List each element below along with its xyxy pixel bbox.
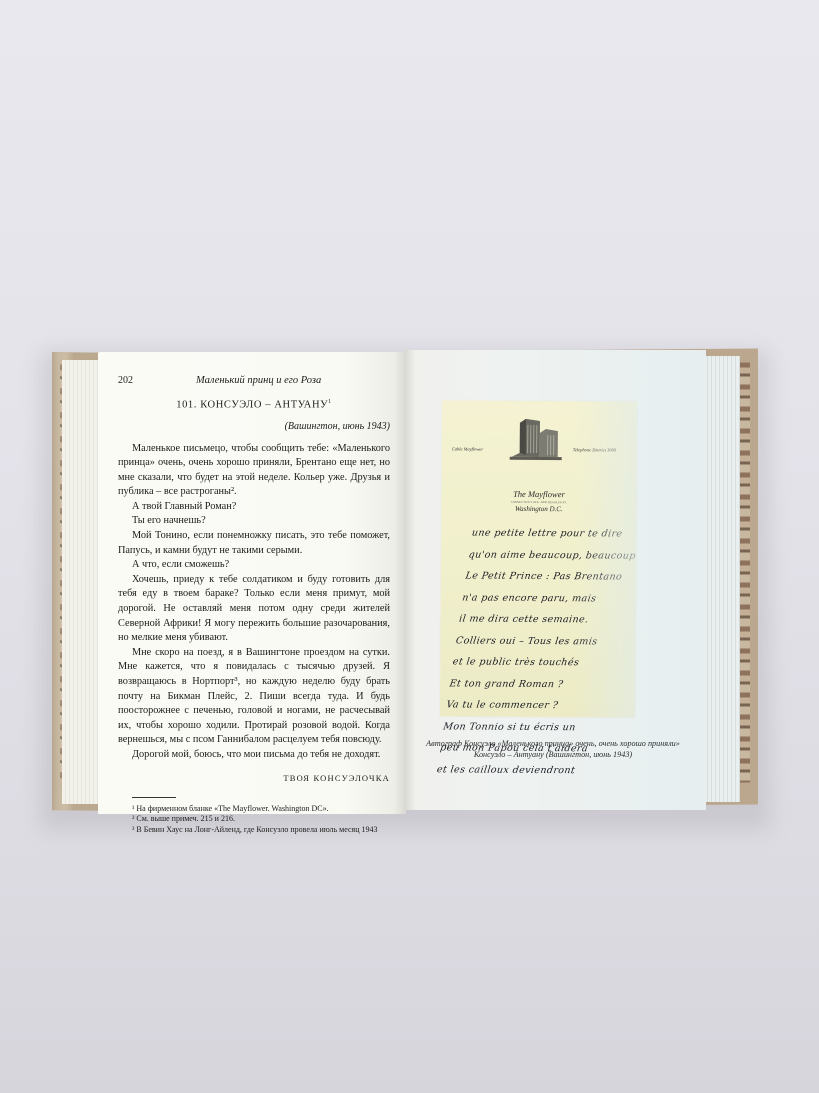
paragraph: Мой Тонино, если понемножку писать, это … <box>118 529 390 558</box>
paragraph: Маленькое письмецо, чтобы сообщить тебе:… <box>118 442 390 500</box>
handwritten-line: Le Petit Prince : Pas Brentano <box>464 566 637 589</box>
left-page-content: 202 Маленький принц и его Роза 101. КОНС… <box>118 375 390 835</box>
page-number: 202 <box>118 375 148 386</box>
footnote: ³ В Бевин Хаус на Лонг-Айленд, где Консу… <box>132 825 390 836</box>
handwritten-line: une petite lettre pour te dire <box>470 523 643 546</box>
paragraph: Хочешь, приеду к тебе солдатиком и буду … <box>118 573 390 646</box>
letter-body: Маленькое письмецо, чтобы сообщить тебе:… <box>118 442 390 763</box>
place-date: (Вашингтон, июнь 1943) <box>118 421 390 432</box>
letterhead-telephone: Telephone District 3000 <box>573 447 616 452</box>
page-header: 202 Маленький принц и его Роза <box>118 375 390 386</box>
footnote: ² См. выше примеч. 215 и 216. <box>132 814 390 825</box>
letterhead-city: Washington D.C. <box>441 504 636 513</box>
handwritten-line: n'a pas encore paru, mais <box>461 587 634 610</box>
page-edges-right <box>700 356 740 802</box>
signature: ТВОЯ КОНСУЭЛОЧКА <box>118 773 390 783</box>
letter-title: 101. КОНСУЭЛО – АНТУАНУ1 <box>118 399 390 411</box>
handwritten-line: Colliers oui – Tous les amis <box>454 630 627 653</box>
letterhead-cable: Cable Mayflower <box>452 446 483 451</box>
footnote-divider <box>132 797 176 798</box>
letter-title-text: 101. КОНСУЭЛО – АНТУАНУ <box>176 400 328 411</box>
handwritten-line: et le public très touchés <box>451 651 624 674</box>
handwritten-line: il me dira cette semaine. <box>458 608 631 631</box>
paragraph: А что, если сможешь? <box>118 558 390 573</box>
paragraph: Мне скоро на поезд, я в Вашингтоне проез… <box>118 646 390 748</box>
handwritten-line: et les cailloux deviendront <box>435 759 608 782</box>
handwritten-line: Mon Tonnio si tu écris un <box>442 716 615 739</box>
handwritten-letter-facsimile: Cable Mayflower Telephone District 3000 … <box>440 400 637 717</box>
footnote-marker: 1 <box>328 399 332 405</box>
paragraph: Ты его начнешь? <box>118 514 390 529</box>
running-title: Маленький принц и его Роза <box>196 375 321 386</box>
handwritten-line: Va tu le commencer ? <box>445 694 618 717</box>
paragraph: Дорогой мой, боюсь, что мои письма до те… <box>118 748 390 763</box>
paragraph: А твой Главный Роман? <box>118 500 390 515</box>
footnote: ¹ На фирменном бланке «The Mayflower. Wa… <box>132 804 390 815</box>
footnotes: ¹ На фирменном бланке «The Mayflower. Wa… <box>118 804 390 836</box>
handwritten-line: qu'on aime beaucoup, beaucoup <box>467 544 640 567</box>
hotel-building-icon <box>506 417 568 463</box>
page-edges-left <box>62 360 102 804</box>
handwritten-line: Et ton grand Roman ? <box>448 673 621 696</box>
figure-caption: Автограф Консуэло «Маленького принца» оч… <box>413 738 693 760</box>
letterhead-hotel-name: The Mayflower <box>441 488 636 499</box>
